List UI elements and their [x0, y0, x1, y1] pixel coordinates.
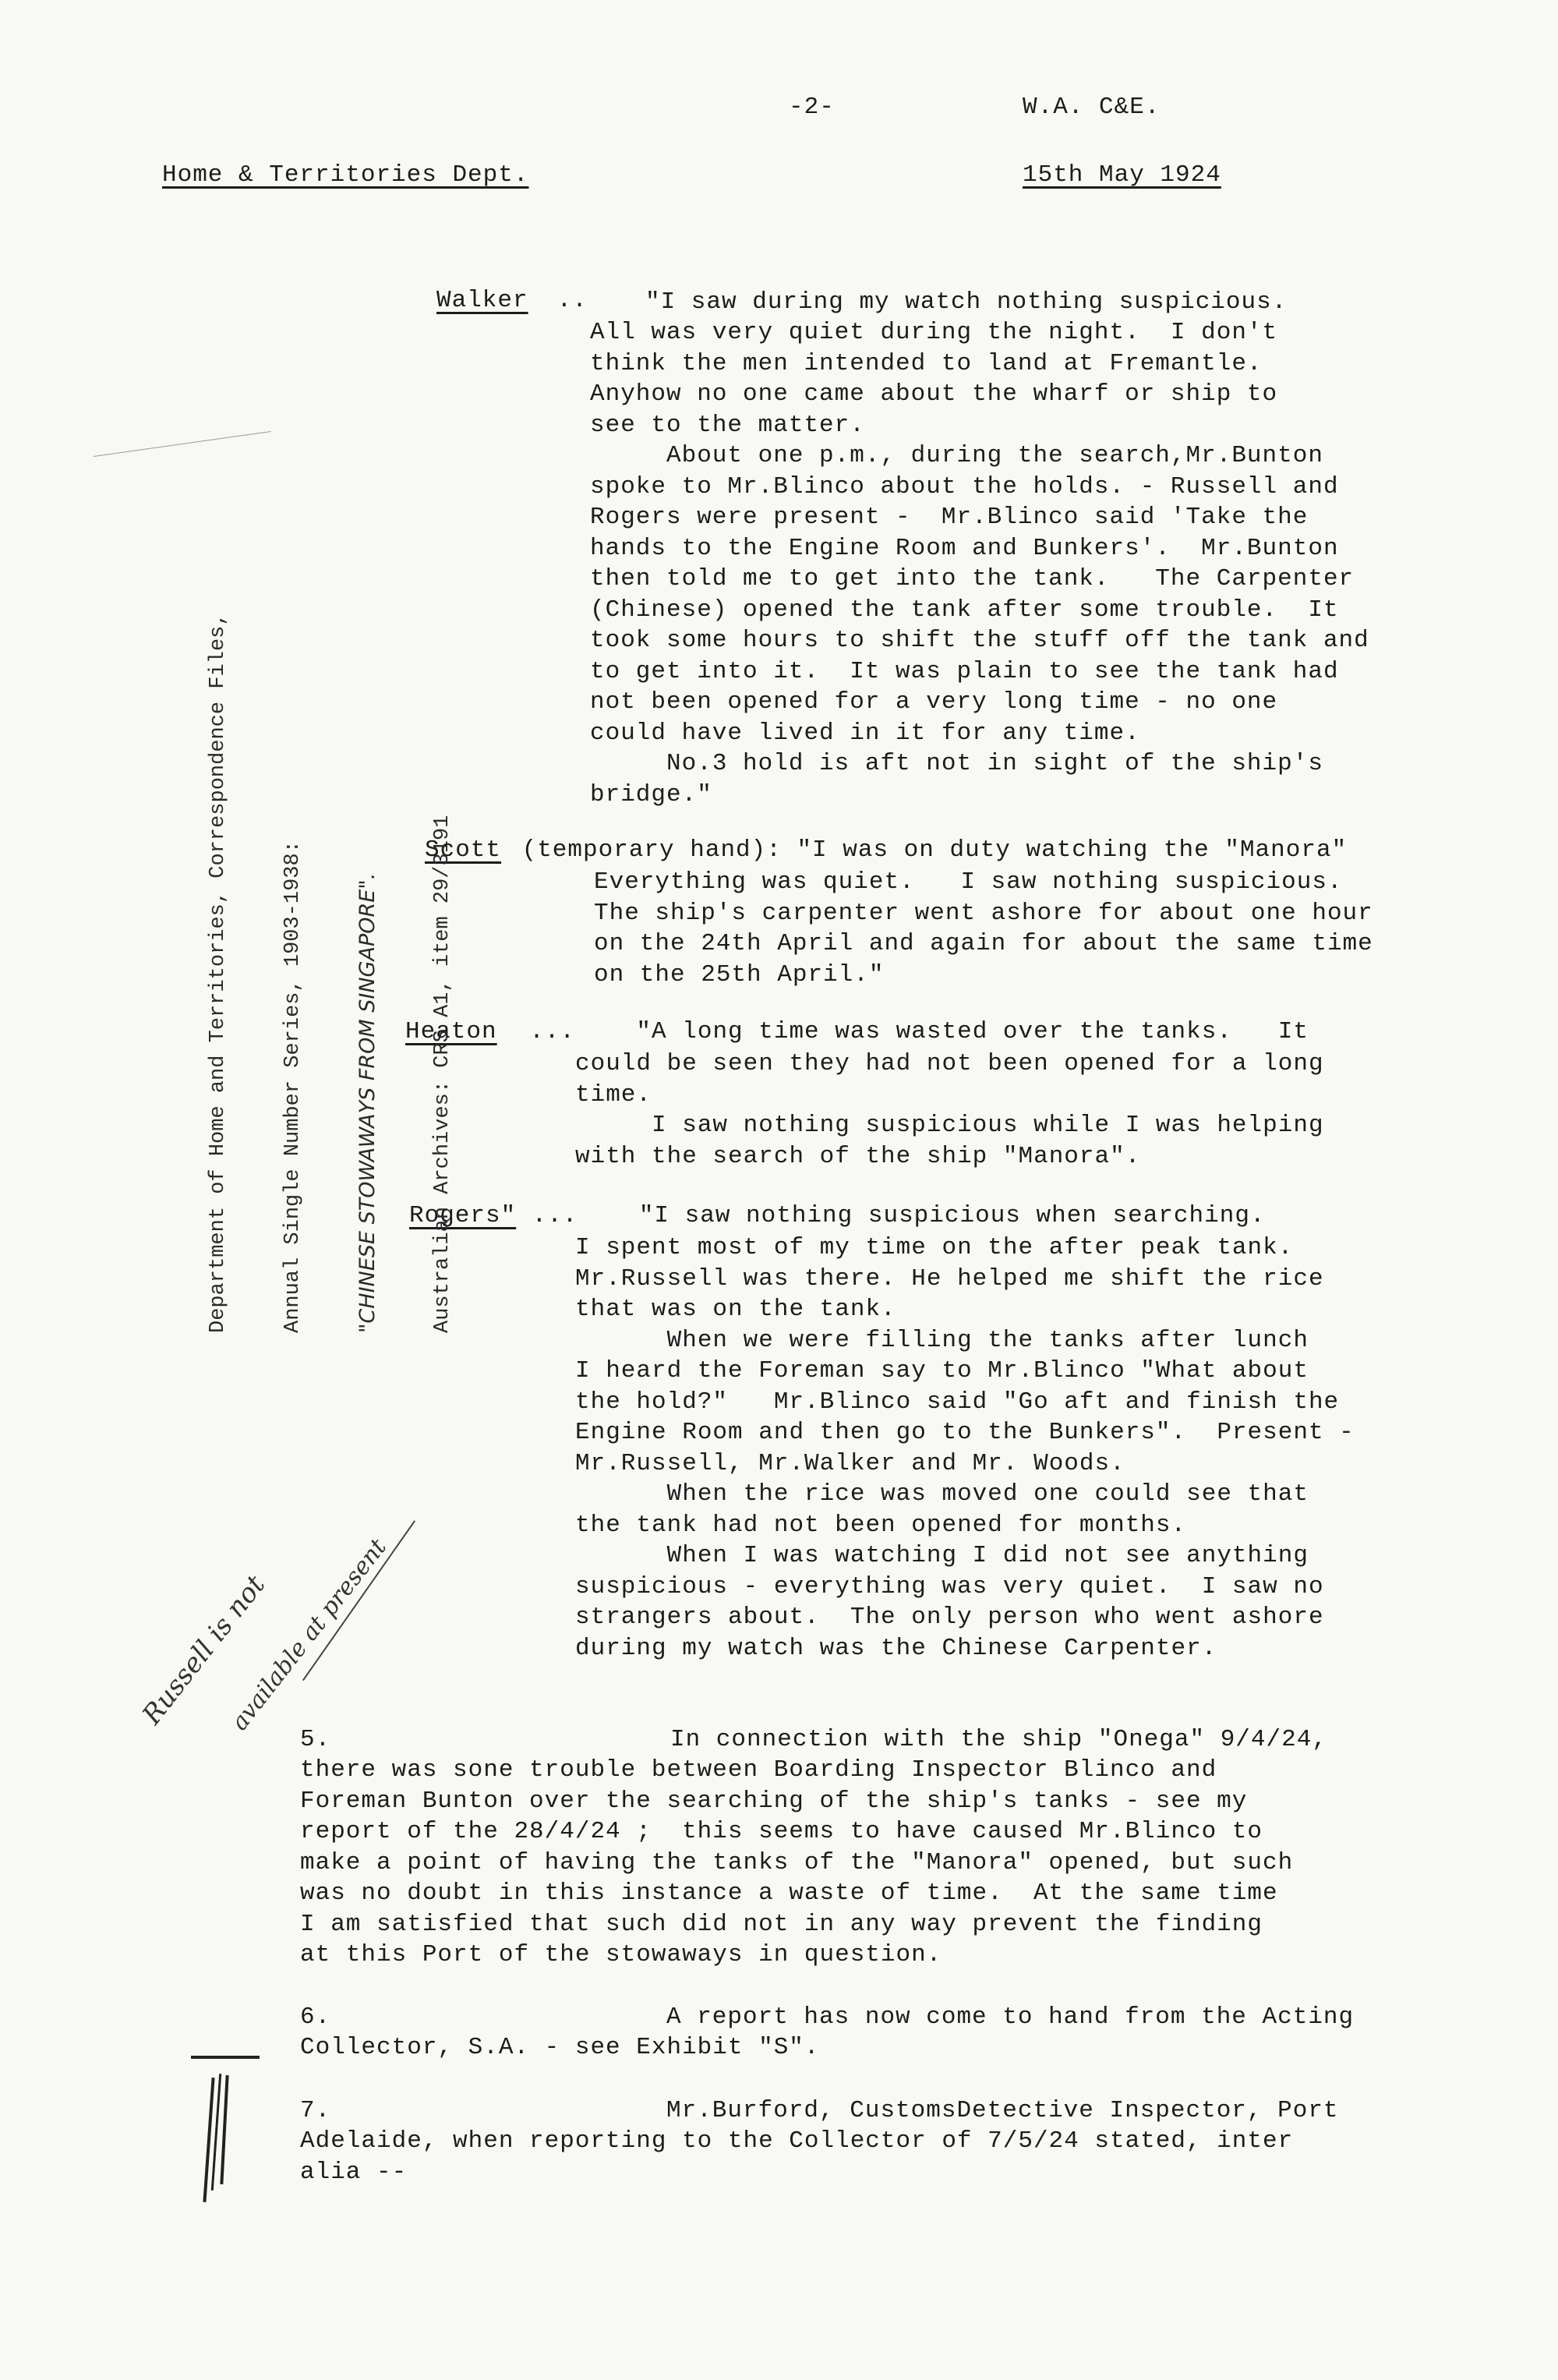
statement-line: suspicious - everything was very quiet. … — [575, 1572, 1355, 1603]
statement-line: see to the matter. — [590, 410, 1369, 441]
statement-line: could be seen they had not been opened f… — [575, 1049, 1324, 1080]
statement-line: When we were filling the tanks after lun… — [575, 1325, 1355, 1356]
paragraph-line: there was sone trouble between Boarding … — [300, 1755, 1293, 1786]
statement-line: could have lived in it for any time. — [590, 718, 1369, 749]
paragraph-line: at this Port of the stowaways in questio… — [300, 1940, 1293, 1971]
paragraph-6-first-line: A report has now come to hand from the A… — [666, 2002, 1354, 2033]
statement-heaton: could be seen they had not been opened f… — [575, 1049, 1324, 1172]
statement-line: spoke to Mr.Blinco about the holds. - Ru… — [590, 472, 1369, 503]
statement-line: to get into it. It was plain to see the … — [590, 656, 1369, 688]
paragraph-5-first-line: In connection with the ship "Onega" 9/4/… — [670, 1724, 1327, 1756]
statement-line: Anyhow no one came about the wharf or sh… — [590, 379, 1369, 410]
statement-line: The ship's carpenter went ashore for abo… — [594, 898, 1373, 929]
statement-line: I saw nothing suspicious while I was hel… — [575, 1110, 1324, 1141]
citation-line: "CHINESE STOWAWAYS FROM SINGAPORE". — [355, 613, 380, 1333]
statement-line: then told me to get into the tank. The C… — [590, 564, 1369, 595]
paragraph-line: Adelaide, when reporting to the Collecto… — [300, 2126, 1293, 2157]
statement-line: Mr.Russell, Mr.Walker and Mr. Woods. — [575, 1448, 1355, 1480]
paragraph-number-7: 7. — [300, 2095, 330, 2127]
statement-line: took some hours to shift the stuff off t… — [590, 625, 1369, 656]
document-date: 15th May 1924 — [1023, 161, 1221, 189]
statement-line: Mr.Russell was there. He helped me shift… — [575, 1264, 1355, 1295]
paragraph-7-body: Adelaide, when reporting to the Collecto… — [300, 2126, 1293, 2187]
paragraph-number-5: 5. — [300, 1724, 330, 1756]
statement-line: Everything was quiet. I saw nothing susp… — [594, 867, 1373, 898]
scan-fold-line — [94, 431, 271, 457]
office-reference: W.A. C&E. — [1023, 94, 1160, 121]
statement-line: About one p.m., during the search,Mr.Bun… — [590, 440, 1369, 472]
paragraph-5-body: there was sone trouble between Boarding … — [300, 1755, 1293, 1971]
statement-line: on the 25th April." — [594, 960, 1373, 991]
statement-line: When I was watching I did not see anythi… — [575, 1540, 1355, 1572]
statement-line: All was very quiet during the night. I d… — [590, 317, 1369, 348]
statement-line: think the men intended to land at Freman… — [590, 348, 1369, 380]
document-page: -2- W.A. C&E. Home & Territories Dept. 1… — [0, 0, 1558, 2380]
margin-dash-mark — [191, 2056, 260, 2059]
statement-line: hands to the Engine Room and Bunkers'. M… — [590, 533, 1369, 564]
witness-name-walker: Walker — [436, 287, 528, 314]
witness-lead-walker: .. — [542, 287, 618, 314]
witness-lead-heaton: ... "A long time was wasted over the tan… — [499, 1018, 1309, 1045]
paragraph-line: report of the 28/4/24 ; this seems to ha… — [300, 1816, 1293, 1848]
handwritten-note-line-2: available at present — [226, 1534, 392, 1736]
statement-line: with the search of the ship "Manora". — [575, 1141, 1324, 1172]
statement-walker-body: All was very quiet during the night. I d… — [590, 317, 1369, 810]
citation-line: Department of Home and Territories, Corr… — [206, 613, 231, 1333]
statement-line: (Chinese) opened the tank after some tro… — [590, 595, 1369, 626]
statement-line: "I saw during my watch nothing suspiciou… — [645, 287, 1287, 318]
department-heading: Home & Territories Dept. — [162, 161, 528, 189]
witness-lead-scott: (temporary hand): "I was on duty watchin… — [507, 836, 1347, 864]
statement-line: the hold?" Mr.Blinco said "Go aft and fi… — [575, 1387, 1355, 1418]
statement-line: Rogers were present - Mr.Blinco said 'Ta… — [590, 502, 1369, 533]
paragraph-number-6: 6. — [300, 2002, 330, 2033]
paragraph-line: I am satisfied that such did not in any … — [300, 1909, 1293, 1940]
paragraph-line: Foreman Bunton over the searching of the… — [300, 1786, 1293, 1817]
statement-line: bridge." — [590, 780, 1369, 811]
citation-line: Australian Archives: CRS A1, item 29/319… — [430, 613, 455, 1333]
statement-line: No.3 hold is aft not in sight of the shi… — [590, 748, 1369, 780]
statement-walker: "I saw during my watch nothing suspiciou… — [645, 287, 1287, 318]
statement-line: Engine Room and then go to the Bunkers".… — [575, 1417, 1355, 1448]
statement-scott: Everything was quiet. I saw nothing susp… — [594, 867, 1373, 990]
statement-line: I heard the Foreman say to Mr.Blinco "Wh… — [575, 1356, 1355, 1387]
statement-line: I spent most of my time on the after pea… — [575, 1232, 1355, 1264]
page-number: -2- — [789, 94, 835, 121]
statement-line: not been opened for a very long time - n… — [590, 687, 1369, 718]
statement-line: When the rice was moved one could see th… — [575, 1479, 1355, 1510]
statement-line: on the 24th April and again for about th… — [594, 928, 1373, 960]
statement-rogers: I spent most of my time on the after pea… — [575, 1232, 1355, 1664]
paragraph-6-line: Collector, S.A. - see Exhibit "S". — [300, 2032, 820, 2063]
statement-line: during my watch was the Chinese Carpente… — [575, 1633, 1355, 1664]
margin-bar-mark — [220, 2075, 228, 2184]
statement-line: strangers about. The only person who wen… — [575, 1602, 1355, 1633]
archive-citation: Department of Home and Territories, Corr… — [156, 613, 505, 1333]
witness-lead-rogers: ... "I saw nothing suspicious when searc… — [517, 1202, 1266, 1229]
paragraph-line: was no doubt in this instance a waste of… — [300, 1878, 1293, 1909]
paragraph-line: alia -- — [300, 2157, 1293, 2188]
citation-line: Annual Single Number Series, 1903-1938: — [281, 613, 306, 1333]
statement-line: the tank had not been opened for months. — [575, 1510, 1355, 1541]
paragraph-7-first-line: Mr.Burford, CustomsDetective Inspector, … — [666, 2095, 1339, 2127]
statement-line: that was on the tank. — [575, 1294, 1355, 1325]
paragraph-line: make a point of having the tanks of the … — [300, 1848, 1293, 1879]
statement-line: time. — [575, 1080, 1324, 1111]
